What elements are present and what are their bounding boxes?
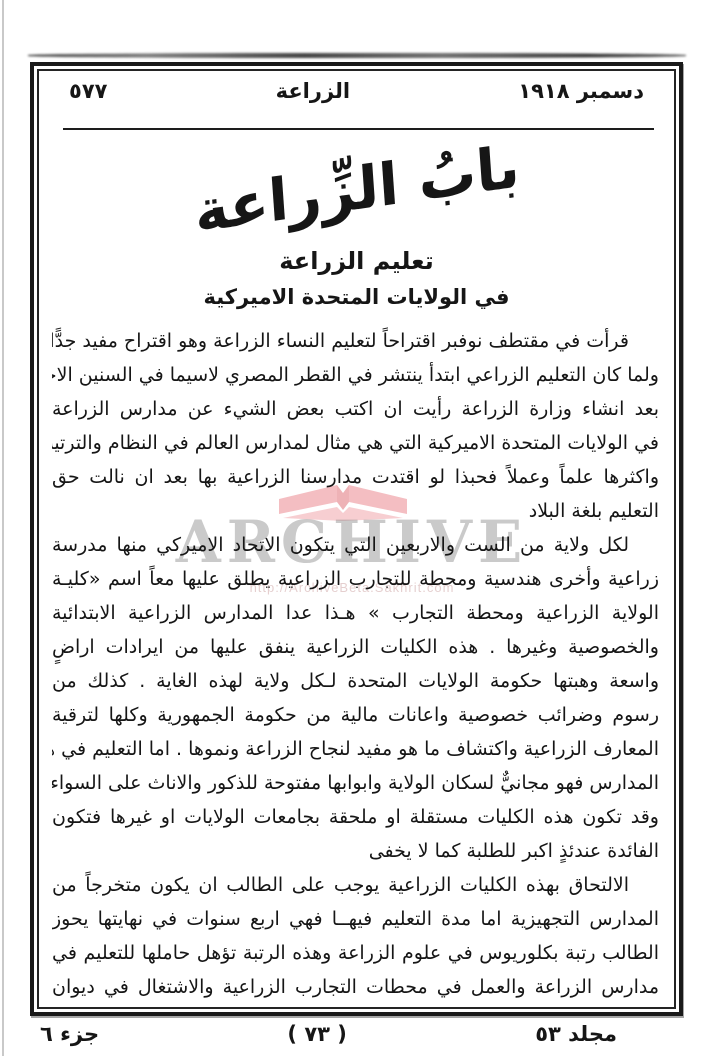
paragraph: قرأت في مقتطف نوفبر اقتراحاً لتعليم النس…: [52, 324, 659, 528]
text-line: المدارس فهو مجانيٌّ لسكان الولاية وابواب…: [52, 766, 659, 800]
text-line: الفائدة عندئذٍ اكبر للطلبة كما لا يخفى: [52, 834, 659, 868]
footer-page-number: ( ٧٣ ): [287, 1022, 346, 1046]
text-line: الولاية الزراعية ومحطة التجارب » هـذا عد…: [52, 596, 659, 630]
section-title: الزراعة: [276, 79, 351, 103]
scan-edge-artifact: [2, 0, 4, 1056]
issue-date: دسمبر ١٩١٨: [518, 79, 644, 103]
inner-frame: دسمبر ١٩١٨ الزراعة ٥٧٧ بابُ الزِّراعة تع…: [37, 69, 676, 1009]
article-title: تعليم الزراعة: [39, 247, 674, 275]
page-number: ٥٧٧: [69, 79, 107, 103]
text-line: المدارس التجهيزية اما مدة التعليم فيهــا…: [52, 902, 659, 936]
paragraph: الالتحاق بهذه الكليات الزراعية يوجب على …: [52, 868, 659, 1004]
footer-part: جزء ٦: [40, 1022, 99, 1046]
text-line: واسعة وهبتها حكومة الولايات المتحدة لـكل…: [52, 664, 659, 698]
text-line: وقد تكون هذه الكليات مستقلة او ملحقة بجا…: [52, 800, 659, 834]
page-frame: دسمبر ١٩١٨ الزراعة ٥٧٧ بابُ الزِّراعة تع…: [30, 62, 683, 1016]
text-line: واكثرها علماً وعملاً فحبذا لو اقتدت مدار…: [52, 460, 659, 494]
text-line: ولما كان التعليم الزراعي ابتدأ ينتشر في …: [52, 358, 659, 392]
footer-volume: مجلد ٥٣: [535, 1022, 617, 1046]
text-line: رسوم وضرائب خصوصية واعانات مالية من حكوم…: [52, 698, 659, 732]
article-subtitle: في الولايات المتحدة الاميركية: [39, 285, 674, 309]
calligraphic-chapter-title: بابُ الزِّراعة: [39, 129, 674, 257]
text-line: لكل ولاية من الست والاربعين التي يتكون ا…: [52, 528, 659, 562]
text-line: الالتحاق بهذه الكليات الزراعية يوجب على …: [52, 868, 659, 902]
page-header: دسمبر ١٩١٨ الزراعة ٥٧٧: [69, 79, 644, 103]
text-line: زراعية وأخرى هندسية ومحطة للتجارب الزراع…: [52, 562, 659, 596]
paragraph: لكل ولاية من الست والاربعين التي يتكون ا…: [52, 528, 659, 868]
text-line: الطالب رتبة بكلوريوس في علوم الزراعة وهذ…: [52, 936, 659, 970]
text-line: التعليم بلغة البلاد: [52, 494, 659, 528]
text-line: مدارس الزراعة والعمل في محطات التجارب ال…: [52, 970, 659, 1004]
text-line: بعد انشاء وزارة الزراعة رأيت ان اكتب بعض…: [52, 392, 659, 426]
text-line: قرأت في مقتطف نوفبر اقتراحاً لتعليم النس…: [52, 324, 659, 358]
text-line: في الولايات المتحدة الاميركية التي هي مث…: [52, 426, 659, 460]
text-line: المعارف الزراعية واكتشاف ما هو مفيد لنجا…: [52, 732, 659, 766]
body-text: قرأت في مقتطف نوفبر اقتراحاً لتعليم النس…: [52, 324, 659, 1004]
text-line: والخصوصية وغيرها . هذه الكليات الزراعية …: [52, 630, 659, 664]
scan-smudge-artifact: [28, 53, 686, 58]
page-footer: مجلد ٥٣ ( ٧٣ ) جزء ٦: [30, 1022, 683, 1046]
